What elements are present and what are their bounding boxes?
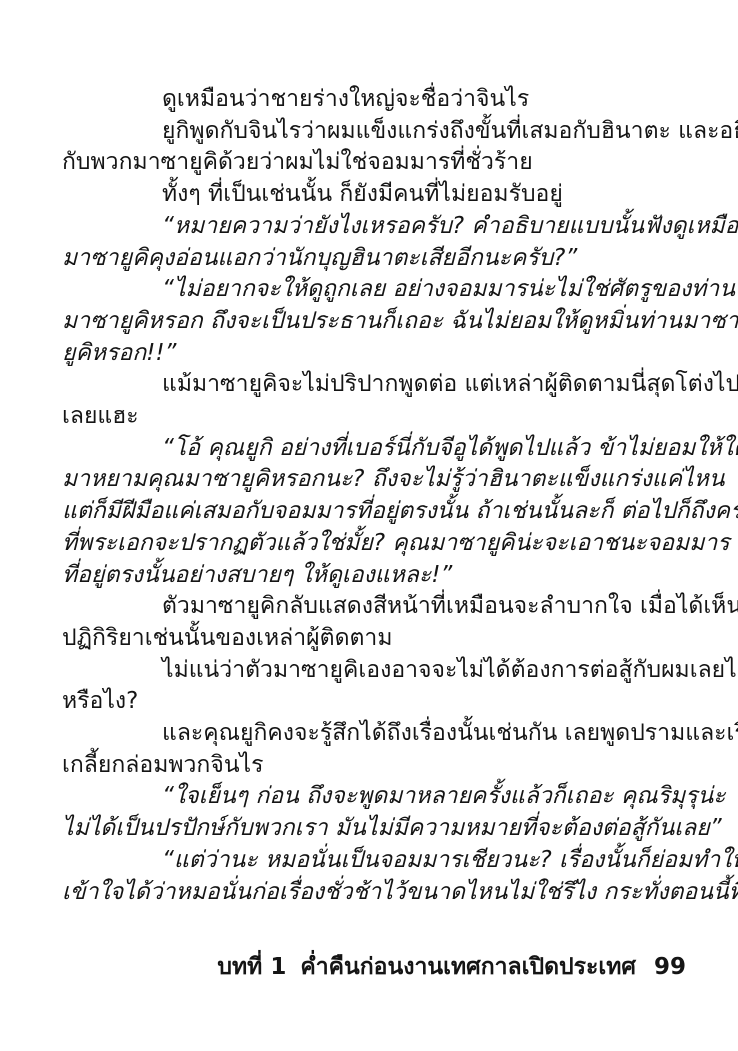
text-line: “ใจเย็นๆ ก่อน ถึงจะพูดมาหลายครั้งแล้วก็เ… (62, 781, 686, 813)
text-line: กับพวกมาซายูคิด้วยว่าผมไม่ใช่จอมมารที่ชั… (62, 147, 686, 179)
text-line: หรือไง? (62, 686, 686, 718)
text-line: มาหยามคุณมาซายูคิหรอกนะ? ถึงจะไม่รู้ว่าฮ… (62, 464, 686, 496)
text-line: “ไม่อยากจะให้ดูถูกเลย อย่างจอมมารน่ะไม่ใ… (62, 274, 686, 306)
text-line: ปฏิกิริยาเช่นนั้นของเหล่าผู้ติดตาม (62, 623, 686, 655)
text-line: ตัวมาซายูคิกลับแสดงสีหน้าที่เหมือนจะลำบา… (62, 591, 686, 623)
chapter-title: ค่ำคืนก่อนงานเทศกาลเปิดประเทศ (300, 954, 636, 980)
text-line: เกลี้ยกล่อมพวกจินไร (62, 750, 686, 782)
text-line: ทั้งๆ ที่เป็นเช่นนั้น ก็ยังมีคนที่ไม่ยอม… (62, 179, 686, 211)
text-line: แม้มาซายูคิจะไม่ปริปากพูดต่อ แต่เหล่าผู้… (62, 369, 686, 401)
text-line: มาซายูคิหรอก ถึงจะเป็นประธานก็เถอะ ฉันไม… (62, 306, 686, 338)
book-page: ดูเหมือนว่าชายร่างใหญ่จะชื่อว่าจินไรยูกิ… (62, 84, 686, 982)
text-line: ไม่ได้เป็นปรปักษ์กับพวกเรา มันไม่มีความห… (62, 813, 686, 845)
text-line: ยูกิพูดกับจินไรว่าผมแข็งแกร่งถึงขั้นที่เ… (62, 116, 686, 148)
text-line: ดูเหมือนว่าชายร่างใหญ่จะชื่อว่าจินไร (62, 84, 686, 116)
text-line: “โอ้ คุณยูกิ อย่างที่เบอร์นี่กับจีอูได้พ… (62, 433, 686, 465)
text-line: “แต่ว่านะ หมอนั่นเป็นจอมมารเชียวนะ? เรื่… (62, 845, 686, 877)
text-line: ไม่แน่ว่าตัวมาซายูคิเองอาจจะไม่ได้ต้องกา… (62, 655, 686, 687)
page-footer: บทที่ 1 ค่ำคืนก่อนงานเทศกาลเปิดประเทศ 99 (62, 952, 686, 982)
text-line: เข้าใจได้ว่าหมอนั่นก่อเรื่องชั่วช้าไว้ขน… (62, 877, 686, 909)
text-line: มาซายูคิคุงอ่อนแอกว่านักบุญฮินาตะเสียอีก… (62, 243, 686, 275)
text-line: และคุณยูกิคงจะรู้สึกได้ถึงเรื่องนั้นเช่น… (62, 718, 686, 750)
text-line: ที่พระเอกจะปรากฏตัวแล้วใช่มั้ย? คุณมาซาย… (62, 528, 686, 560)
page-number: 99 (654, 954, 686, 980)
text-line: เลยแฮะ (62, 401, 686, 433)
text-line: “หมายความว่ายังไงเหรอครับ? คำอธิบายแบบนั… (62, 211, 686, 243)
body-text: ดูเหมือนว่าชายร่างใหญ่จะชื่อว่าจินไรยูกิ… (62, 84, 686, 908)
text-line: ยูคิหรอก!!” (62, 338, 686, 370)
text-line: แต่ก็มีฝีมือแค่เสมอกับจอมมารที่อยู่ตรงนั… (62, 496, 686, 528)
chapter-label: บทที่ 1 (217, 954, 286, 980)
text-line: ที่อยู่ตรงนั้นอย่างสบายๆ ให้ดูเองแหละ!” (62, 560, 686, 592)
